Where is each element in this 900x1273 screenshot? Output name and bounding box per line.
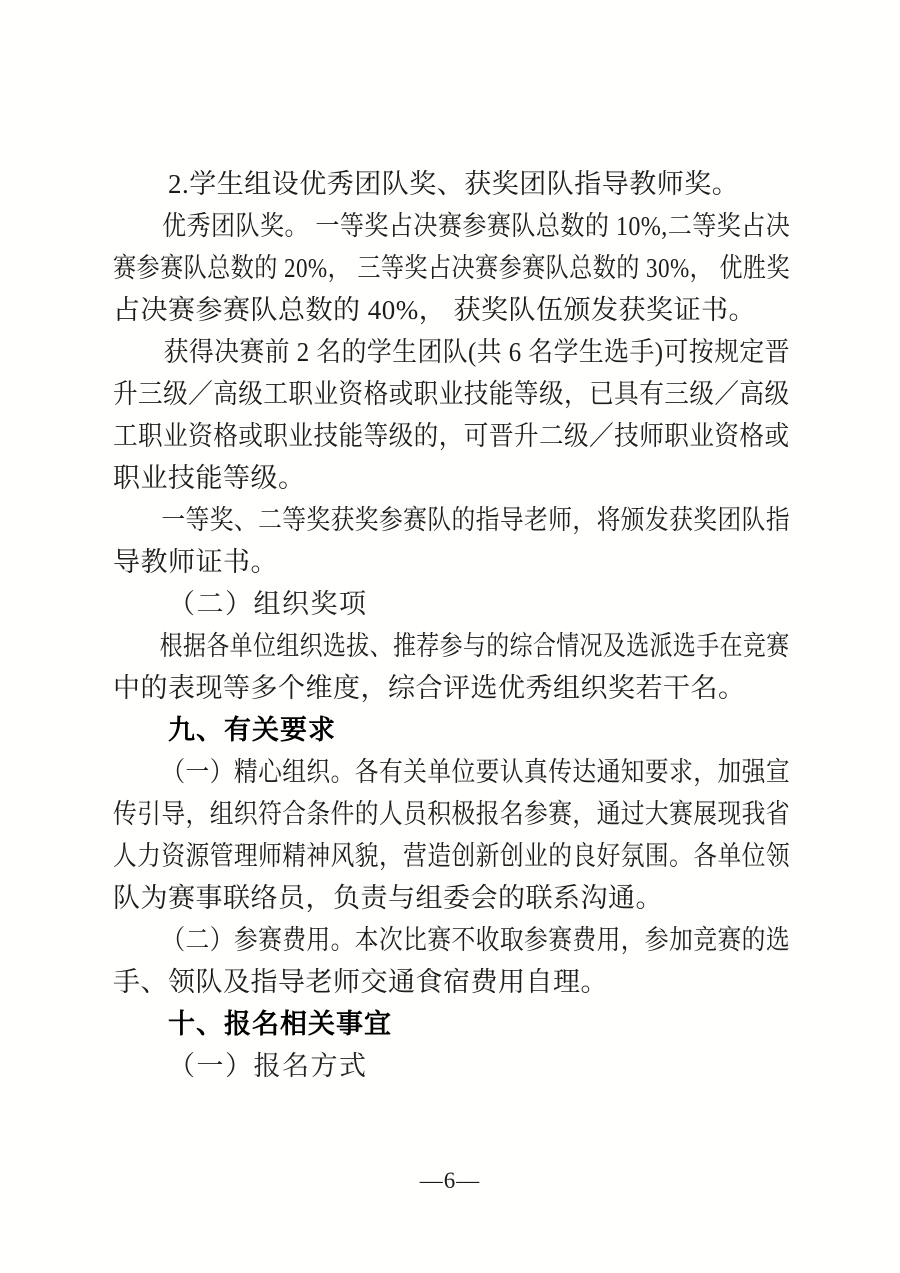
text-line: （一）报名方式 bbox=[113, 1045, 790, 1087]
text-line: 十、报名相关事宜 bbox=[113, 1003, 790, 1045]
text-line: 2.学生组设优秀团队奖、获奖团队指导教师奖。 bbox=[113, 163, 790, 205]
text-line: 导教师证书。 bbox=[113, 541, 790, 583]
text-line: 赛参赛队总数的 20%， 三等奖占决赛参赛队总数的 30%， 优胜奖 bbox=[113, 247, 692, 289]
text-line: 一等奖、二等奖获奖参赛队的指导老师，将颁发获奖团队指 bbox=[113, 499, 708, 541]
page-footer: —6— bbox=[0, 1168, 900, 1194]
text-line: 占决赛参赛队总数的 40%， 获奖队伍颁发获奖证书。 bbox=[113, 289, 790, 331]
text-line: 工职业资格或职业技能等级的，可晋升二级／技师职业资格或 bbox=[113, 415, 730, 457]
text-line: 升三级／高级工职业资格或职业技能等级，已具有三级／高级 bbox=[113, 373, 730, 415]
text-line: （二）组织奖项 bbox=[113, 583, 790, 625]
text-line: （一）精心组织。各有关单位要认真传达通知要求，加强宣 bbox=[113, 751, 708, 793]
text-line: 传引导，组织符合条件的人员积极报名参赛，通过大赛展现我省 bbox=[113, 793, 708, 835]
text-line: 九、有关要求 bbox=[113, 709, 790, 751]
text-line: 手、领队及指导老师交通食宿费用自理。 bbox=[113, 961, 790, 1003]
text-line: 优秀团队奖。 一等奖占决赛参赛队总数的 10%,二等奖占决 bbox=[113, 205, 716, 247]
text-line: 职业技能等级。 bbox=[113, 457, 790, 499]
text-line: 队为赛事联络员，负责与组委会的联系沟通。 bbox=[113, 877, 790, 919]
text-line: 根据各单位组织选拔、推荐参与的综合情况及选派选手在竞赛 bbox=[113, 625, 687, 667]
document-page: 2.学生组设优秀团队奖、获奖团队指导教师奖。优秀团队奖。 一等奖占决赛参赛队总数… bbox=[0, 0, 900, 1273]
document-body: 2.学生组设优秀团队奖、获奖团队指导教师奖。优秀团队奖。 一等奖占决赛参赛队总数… bbox=[113, 163, 790, 1087]
text-line: 中的表现等多个维度，综合评选优秀组织奖若干名。 bbox=[113, 667, 790, 709]
text-line: 获得决赛前 2 名的学生团队(共 6 名学生选手)可按规定晋 bbox=[113, 331, 736, 373]
page-number: —6— bbox=[420, 1168, 481, 1193]
text-line: （二）参赛费用。本次比赛不收取参赛费用，参加竞赛的选 bbox=[113, 919, 708, 961]
text-line: 人力资源管理师精神风貌，营造创新创业的良好氛围。各单位领 bbox=[113, 835, 708, 877]
